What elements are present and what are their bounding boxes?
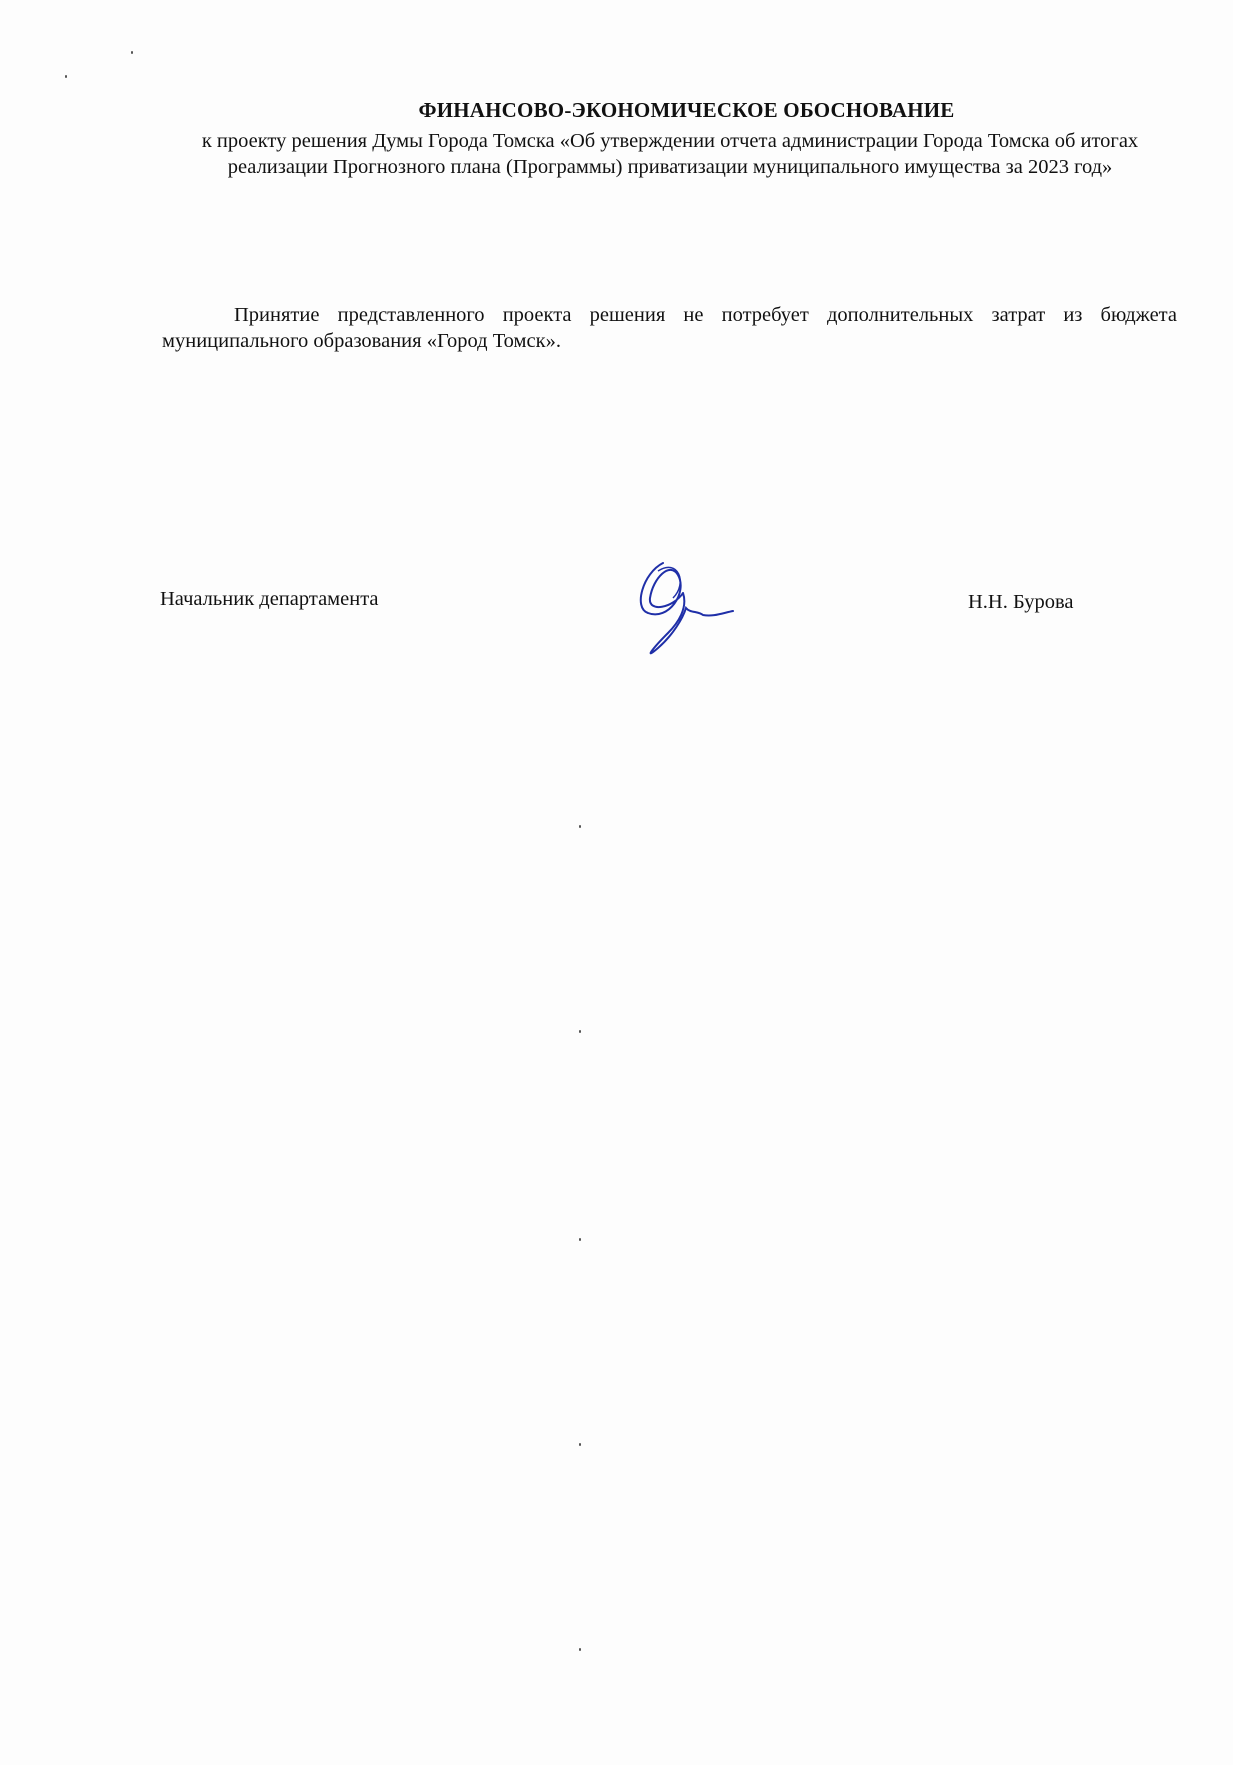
handwritten-signature-icon bbox=[628, 553, 738, 663]
document-title: ФИНАНСОВО-ЭКОНОМИЧЕСКОЕ ОБОСНОВАНИЕ bbox=[0, 98, 1233, 123]
scan-artifact bbox=[131, 51, 133, 54]
scan-artifact bbox=[579, 1030, 581, 1033]
signatory-position: Начальник департамента bbox=[160, 588, 379, 611]
document-subtitle: к проекту решения Думы Города Томска «Об… bbox=[160, 128, 1180, 180]
scan-artifact bbox=[579, 825, 581, 828]
scan-artifact bbox=[579, 1238, 581, 1241]
scan-artifact bbox=[579, 1443, 581, 1446]
document-body: Принятие представленного проекта решения… bbox=[162, 302, 1177, 354]
signatory-name: Н.Н. Бурова bbox=[968, 591, 1074, 614]
scan-artifact bbox=[579, 1648, 581, 1651]
scan-artifact bbox=[65, 75, 67, 78]
document-page: ФИНАНСОВО-ЭКОНОМИЧЕСКОЕ ОБОСНОВАНИЕ к пр… bbox=[0, 0, 1233, 1765]
